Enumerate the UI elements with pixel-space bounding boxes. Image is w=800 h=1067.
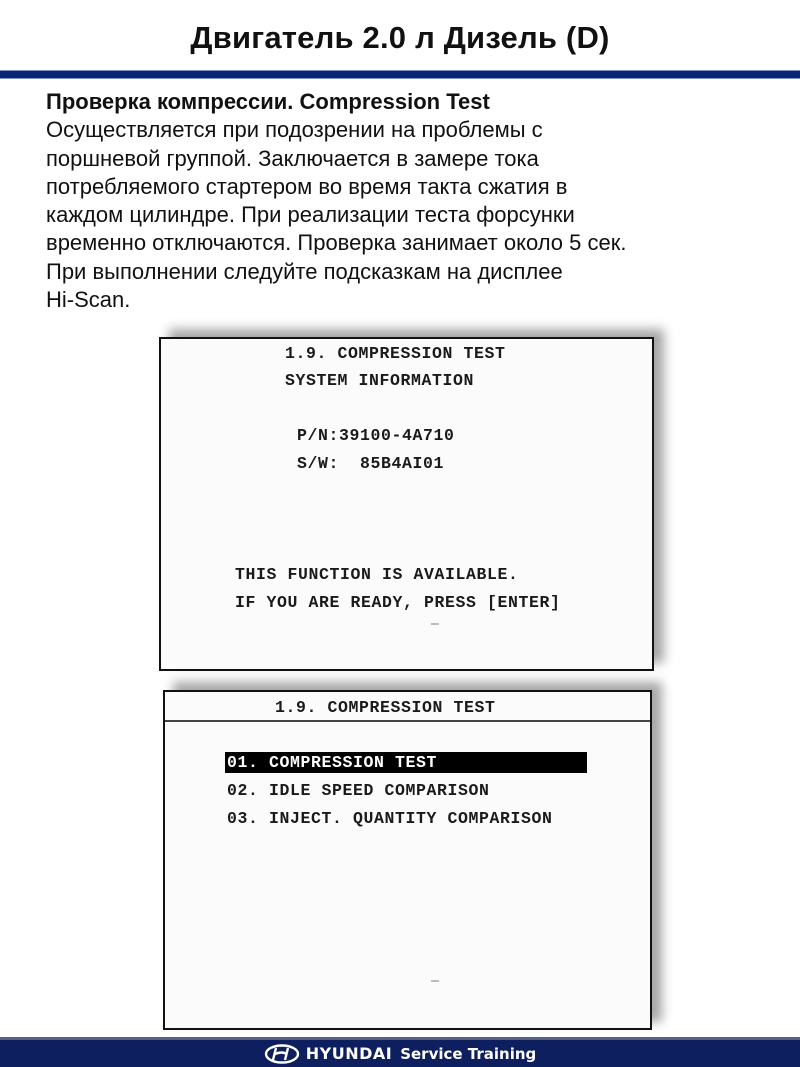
screen-subtitle: SYSTEM INFORMATION (285, 371, 474, 390)
cursor-icon (431, 980, 439, 982)
screen-title: 1.9. COMPRESSION TEST (275, 698, 496, 717)
description-line: Осуществляется при подозрении на проблем… (46, 116, 786, 144)
slide-title: Двигатель 2.0 л Дизель (D) (0, 20, 800, 56)
availability-message: THIS FUNCTION IS AVAILABLE. (235, 565, 519, 584)
cursor-icon (431, 623, 439, 625)
description-line: временно отключаются. Проверка занимает … (46, 229, 786, 257)
footer-bar: HYUNDAI Service Training (0, 1037, 800, 1067)
part-number: P/N:39100-4A710 (297, 426, 455, 445)
software-version: S/W: 85B4AI01 (297, 454, 444, 473)
description-line: При выполнении следуйте подсказкам на ди… (46, 258, 786, 286)
description-line: каждом цилиндре. При реализации теста фо… (46, 201, 786, 229)
menu-item-idle-speed-comparison[interactable]: 02. IDLE SPEED COMPARISON (225, 780, 492, 801)
title-divider (0, 70, 800, 79)
description-line: потребляемого стартером во время такта с… (46, 173, 786, 201)
menu-item-compression-test[interactable]: 01. COMPRESSION TEST (225, 752, 587, 773)
description-heading: Проверка компрессии. Compression Test (46, 88, 786, 116)
hyundai-logo-icon (264, 1044, 300, 1064)
scanner-screen-menu: 1.9. COMPRESSION TEST 01. COMPRESSION TE… (163, 690, 652, 1030)
scanner-screen-system-info: 1.9. COMPRESSION TEST SYSTEM INFORMATION… (159, 337, 654, 671)
screen-header: 1.9. COMPRESSION TEST (165, 692, 650, 722)
menu-item-inject-quantity-comparison[interactable]: 03. INJECT. QUANTITY COMPARISON (225, 808, 555, 829)
footer-tagline: Service Training (400, 1045, 536, 1063)
enter-prompt: IF YOU ARE READY, PRESS [ENTER] (235, 593, 561, 612)
description-block: Проверка компрессии. Compression Test Ос… (46, 88, 786, 314)
footer-brand: HYUNDAI (306, 1044, 392, 1063)
description-line: поршневой группой. Заключается в замере … (46, 145, 786, 173)
description-line: Hi-Scan. (46, 286, 786, 314)
screen-title: 1.9. COMPRESSION TEST (285, 344, 506, 363)
